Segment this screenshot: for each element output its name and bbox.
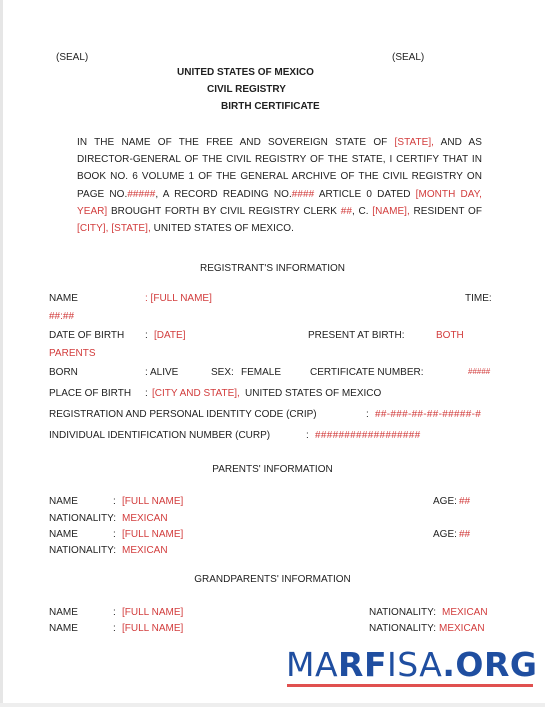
city-placeholder: [CITY],	[77, 223, 108, 234]
logo-text-part: .ORG	[442, 645, 537, 684]
logo-text-part: MA	[286, 645, 338, 684]
present-at-birth-label: PRESENT AT BIRTH:	[308, 330, 405, 341]
time-label: TIME:	[465, 293, 492, 304]
dob-colon: :	[145, 330, 148, 341]
marfisa-watermark-logo: MARFISA.ORG	[286, 647, 537, 683]
state-placeholder-2: [STATE],	[111, 223, 150, 234]
certificate-number-value: #####	[468, 367, 490, 376]
grandparent-1-nationality-value: MEXICAN	[442, 607, 488, 618]
parent-2-age-value: ##	[459, 529, 470, 540]
record-number-placeholder: ####	[292, 189, 314, 200]
page-number-placeholder: #####	[127, 189, 155, 200]
parent-2-colon: :	[113, 529, 116, 540]
grandparents-section-heading: GRANDPARENTS' INFORMATION	[0, 574, 545, 585]
crip-value: ##-###-##-##-#####-#	[375, 409, 481, 420]
dob-value: [DATE]	[154, 330, 185, 341]
logo-text-part: RF	[338, 645, 387, 684]
grandparent-1-nationality-label: NATIONALITY:	[369, 607, 436, 618]
clerk-number-placeholder: ##	[341, 206, 352, 217]
preamble-text: UNITED STATES OF MEXICO.	[151, 223, 294, 234]
crip-label: REGISTRATION AND PERSONAL IDENTITY CODE …	[49, 409, 317, 420]
grandparent-2-name-label: NAME	[49, 623, 78, 634]
title-registry: CIVIL REGISTRY	[207, 84, 286, 95]
parent-1-age-label: AGE:	[433, 496, 457, 507]
parent-2-name-value: [FULL NAME]	[122, 529, 183, 540]
time-value: ##:##	[49, 311, 74, 322]
seal-right: (SEAL)	[392, 52, 424, 63]
place-of-birth-country: UNITED STATES OF MEXICO	[245, 388, 381, 399]
preamble-text: IN THE NAME OF THE FREE AND SOVEREIGN ST…	[77, 137, 395, 148]
parents-section-heading: PARENTS' INFORMATION	[0, 464, 545, 475]
grandparent-1-name-label: NAME	[49, 607, 78, 618]
preamble-text: BROUGHT FORTH BY CIVIL REGISTRY CLERK	[107, 206, 340, 217]
seal-left: (SEAL)	[56, 52, 88, 63]
parent-1-colon: :	[113, 496, 116, 507]
parent-1-nationality-label: NATIONALITY:	[49, 513, 116, 524]
parent-1-name-value: [FULL NAME]	[122, 496, 183, 507]
curp-label: INDIVIDUAL IDENTIFICATION NUMBER (CURP)	[49, 430, 270, 441]
sex-value: FEMALE	[241, 367, 281, 378]
registrant-section-heading: REGISTRANT'S INFORMATION	[0, 263, 545, 274]
logo-underline	[287, 684, 533, 687]
parent-1-age-value: ##	[459, 496, 470, 507]
title-country: UNITED STATES OF MEXICO	[177, 67, 314, 78]
parent-2-nationality-value: MEXICAN	[122, 545, 168, 556]
page-left-edge	[0, 0, 3, 707]
page-bottom-edge	[0, 703, 545, 707]
state-placeholder: [STATE],	[395, 137, 434, 148]
present-at-birth-value: BOTH	[436, 330, 464, 341]
grandparent-2-colon: :	[113, 623, 116, 634]
parent-2-age-label: AGE:	[433, 529, 457, 540]
place-of-birth-colon: :	[145, 388, 148, 399]
title-certificate: BIRTH CERTIFICATE	[221, 101, 320, 112]
parent-1-name-label: NAME	[49, 496, 78, 507]
preamble-text: , A RECORD READING NO.	[155, 189, 291, 200]
parent-2-name-label: NAME	[49, 529, 78, 540]
parent-2-nationality-label: NATIONALITY:	[49, 545, 116, 556]
present-at-birth-value-cont: PARENTS	[49, 348, 96, 359]
grandparent-1-colon: :	[113, 607, 116, 618]
curp-colon: :	[306, 430, 309, 441]
crip-colon: :	[366, 409, 369, 420]
preamble-text: , C.	[352, 206, 372, 217]
registrant-name-value: : [FULL NAME]	[145, 293, 212, 304]
parent-1-nationality-value: MEXICAN	[122, 513, 168, 524]
sex-label: SEX:	[211, 367, 234, 378]
grandparent-2-name-value: [FULL NAME]	[122, 623, 183, 634]
logo-text-part: ISA	[387, 645, 442, 684]
curp-value: ##################	[315, 430, 421, 441]
place-of-birth-value: [CITY AND STATE],	[152, 388, 240, 399]
name-placeholder: [NAME],	[372, 206, 410, 217]
born-label: BORN	[49, 367, 78, 378]
grandparent-1-name-value: [FULL NAME]	[122, 607, 183, 618]
registrant-name-label: NAME	[49, 293, 78, 304]
certification-paragraph: IN THE NAME OF THE FREE AND SOVEREIGN ST…	[77, 134, 482, 237]
preamble-text: ARTICLE 0 DATED	[314, 189, 415, 200]
dob-label: DATE OF BIRTH	[49, 330, 124, 341]
born-value: : ALIVE	[145, 367, 178, 378]
grandparent-2-nationality-value: MEXICAN	[439, 623, 485, 634]
preamble-text: RESIDENT OF	[410, 206, 482, 217]
certificate-number-label: CERTIFICATE NUMBER:	[310, 367, 424, 378]
grandparent-2-nationality-label: NATIONALITY:	[369, 623, 436, 634]
place-of-birth-label: PLACE OF BIRTH	[49, 388, 131, 399]
